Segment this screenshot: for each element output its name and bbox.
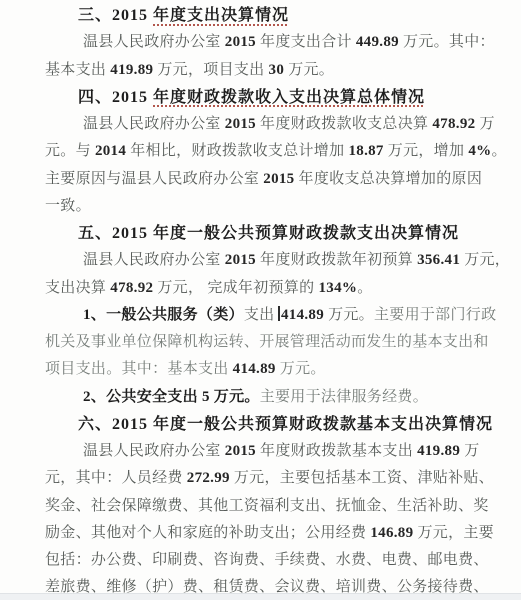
text-run: 449.89 [356, 34, 399, 50]
text-run: 年相比，财政拨款收支总计增加 [126, 143, 348, 159]
text-run: 万元，项目支出 [153, 62, 268, 78]
text-run: 2014 [95, 143, 126, 159]
text-run: 。 [491, 143, 506, 159]
text-run: 万元。 [276, 361, 326, 377]
text-run: 478.92 [432, 116, 475, 132]
text-run: 万元，主要包括基本工资、津贴补贴、 [230, 470, 494, 486]
text-run: 万元， [460, 252, 510, 268]
section-heading: 六、2015 年度一般公共预算财政拨款基本支出决算情况 [45, 411, 477, 438]
text-line: 温县人民政府办公室 2015 年度支出合计 449.89 万元。其中： [45, 29, 477, 56]
text-run: 温县人民政府办公室 [83, 116, 225, 132]
heading-underlined-text: 年度支出决算情况 [153, 7, 289, 24]
text-run: 励金、其他对个人和家庭的补助支出；公用经费 [45, 525, 370, 541]
sec-5-general-public-budget-expenditure: 五、2015 年度一般公共预算财政拨款支出决算情况温县人民政府办公室 2015 … [45, 220, 477, 411]
text-run: 机关及事业单位保障机构运转、开展管理活动而发生的基本支出和 [45, 334, 489, 350]
text-run: 项目支出。其中：基本支出 [45, 361, 233, 377]
text-run: 18.87 [348, 143, 383, 159]
text-run: 2015 [225, 252, 256, 268]
text-run: 基本支出 [45, 62, 110, 78]
text-run: 支出 [244, 307, 279, 323]
text-run: 2015 [225, 443, 256, 459]
text-run: 478.92 [110, 280, 153, 296]
text-run: 万元，主要 [413, 525, 494, 541]
text-run: 五、2015 年度一般公共预算财政拨款支出决算情况 [78, 225, 459, 242]
text-line: 温县人民政府办公室 2015 年度财政拨款年初预算 356.41 万元， [45, 247, 477, 274]
text-run: 年度收支总决算增加的原因 [294, 171, 482, 187]
text-run: 万元。其中： [399, 34, 495, 50]
text-line: 项目支出。其中：基本支出 414.89 万元。 [45, 356, 477, 383]
text-run: 419.89 [110, 62, 153, 78]
text-run: 万元， 完成年初预算的 [153, 280, 318, 296]
text-run: 主要用于法律服务经费。 [260, 389, 428, 405]
sec-4-fiscal-appropriation-overall: 四、2015 年度财政拨款收入支出决算总体情况温县人民政府办公室 2015 年度… [45, 84, 477, 220]
text-line: 元。与 2014 年相比，财政拨款收支总计增加 18.87 万元，增加 4%。 [45, 138, 477, 165]
text-line: 一致。 [45, 193, 477, 220]
text-run: 六、2015 年度一般公共预算财政拨款基本支出决算情况 [78, 416, 493, 433]
text-run: 4% [468, 143, 491, 159]
sec-3-expenditure-accounts: 三、2015 年度支出决算情况温县人民政府办公室 2015 年度支出合计 449… [45, 2, 477, 84]
text-run: 30 [269, 62, 285, 78]
text-cursor[interactable] [278, 306, 280, 321]
text-run: 主要用于部门行政 [374, 307, 496, 323]
text-line: 奖金、社会保障缴费、其他工资福利支出、抚恤金、生活补助、奖 [45, 493, 477, 520]
document-page: 三、2015 年度支出决算情况温县人民政府办公室 2015 年度支出合计 449… [0, 0, 521, 600]
text-run: 年度财政拨款基本支出 [256, 443, 417, 459]
text-run: 年度财政拨款收支总决算 [256, 116, 432, 132]
text-run: 419.89 [417, 443, 460, 459]
text-run: 奖金、社会保障缴费、其他工资福利支出、抚恤金、生活补助、奖 [45, 498, 489, 514]
text-run: 万元。 [324, 307, 374, 323]
text-line: 励金、其他对个人和家庭的补助支出；公用经费 146.89 万元，主要 [45, 520, 477, 547]
text-line: 机关及事业单位保障机构运转、开展管理活动而发生的基本支出和 [45, 329, 477, 356]
text-run: 414.89 [281, 307, 324, 323]
text-run: 万元。 [284, 62, 334, 78]
text-run: 272.99 [187, 470, 230, 486]
text-run: 万 [460, 443, 479, 459]
text-run: 年度财政拨款年初预算 [256, 252, 417, 268]
text-line: 支出决算 478.92 万元， 完成年初预算的 134%。 [45, 275, 477, 302]
text-run: 温县人民政府办公室 [83, 34, 225, 50]
text-run: 一致。 [45, 198, 91, 214]
text-run: 四、2015 [78, 89, 153, 106]
text-line: 1、一般公共服务（类）支出 414.89 万元。主要用于部门行政 [45, 302, 477, 329]
text-run: 414.89 [233, 361, 276, 377]
text-run: 万元，增加 [384, 143, 469, 159]
sec-6-basic-expenditure-accounts: 六、2015 年度一般公共预算财政拨款基本支出决算情况温县人民政府办公室 201… [45, 411, 477, 600]
text-run: 元。与 [45, 143, 95, 159]
document-text: 三、2015 年度支出决算情况温县人民政府办公室 2015 年度支出合计 449… [0, 0, 521, 600]
section-heading: 三、2015 年度支出决算情况 [45, 2, 477, 29]
text-run: 年度支出合计 [256, 34, 356, 50]
text-line: 主要原因与温县人民政府办公室 2015 年度收支总决算增加的原因 [45, 166, 477, 193]
text-run: 万 [475, 116, 494, 132]
text-run: 2、公共安全支出 5 万元。 [83, 389, 260, 405]
text-run: 温县人民政府办公室 [83, 443, 225, 459]
text-run: 支出决算 [45, 280, 110, 296]
text-line: 温县人民政府办公室 2015 年度财政拨款基本支出 419.89 万 [45, 438, 477, 465]
section-heading: 五、2015 年度一般公共预算财政拨款支出决算情况 [45, 220, 477, 247]
text-line: 元，其中：人员经费 272.99 万元，主要包括基本工资、津贴补贴、 [45, 465, 477, 492]
text-run: 1、一般公共服务（类） [83, 307, 244, 323]
text-line: 包括：办公费、印刷费、咨询费、手续费、水费、电费、邮电费、 [45, 547, 477, 574]
heading-underlined-text: 年度财政拨款收入支出决算总体情况 [153, 89, 425, 106]
text-run: 。 [357, 280, 372, 296]
text-run: 三、2015 [78, 7, 153, 24]
text-run: 134% [318, 280, 357, 296]
text-run: 146.89 [370, 525, 413, 541]
page-bottom-strip [0, 593, 521, 600]
text-run: 主要原因与温县人民政府办公室 [45, 171, 263, 187]
text-line: 基本支出 419.89 万元，项目支出 30 万元。 [45, 57, 477, 84]
text-line: 温县人民政府办公室 2015 年度财政拨款收支总决算 478.92 万 [45, 111, 477, 138]
text-run: 356.41 [417, 252, 460, 268]
text-run: 包括：办公费、印刷费、咨询费、手续费、水费、电费、邮电费、 [45, 552, 489, 568]
text-run: 元，其中：人员经费 [45, 470, 187, 486]
text-run: 2015 [225, 34, 256, 50]
section-heading: 四、2015 年度财政拨款收入支出决算总体情况 [45, 84, 477, 111]
text-run: 2015 [263, 171, 294, 187]
text-run: 温县人民政府办公室 [83, 252, 225, 268]
text-line: 2、公共安全支出 5 万元。主要用于法律服务经费。 [45, 384, 477, 411]
text-run: 2015 [225, 116, 256, 132]
